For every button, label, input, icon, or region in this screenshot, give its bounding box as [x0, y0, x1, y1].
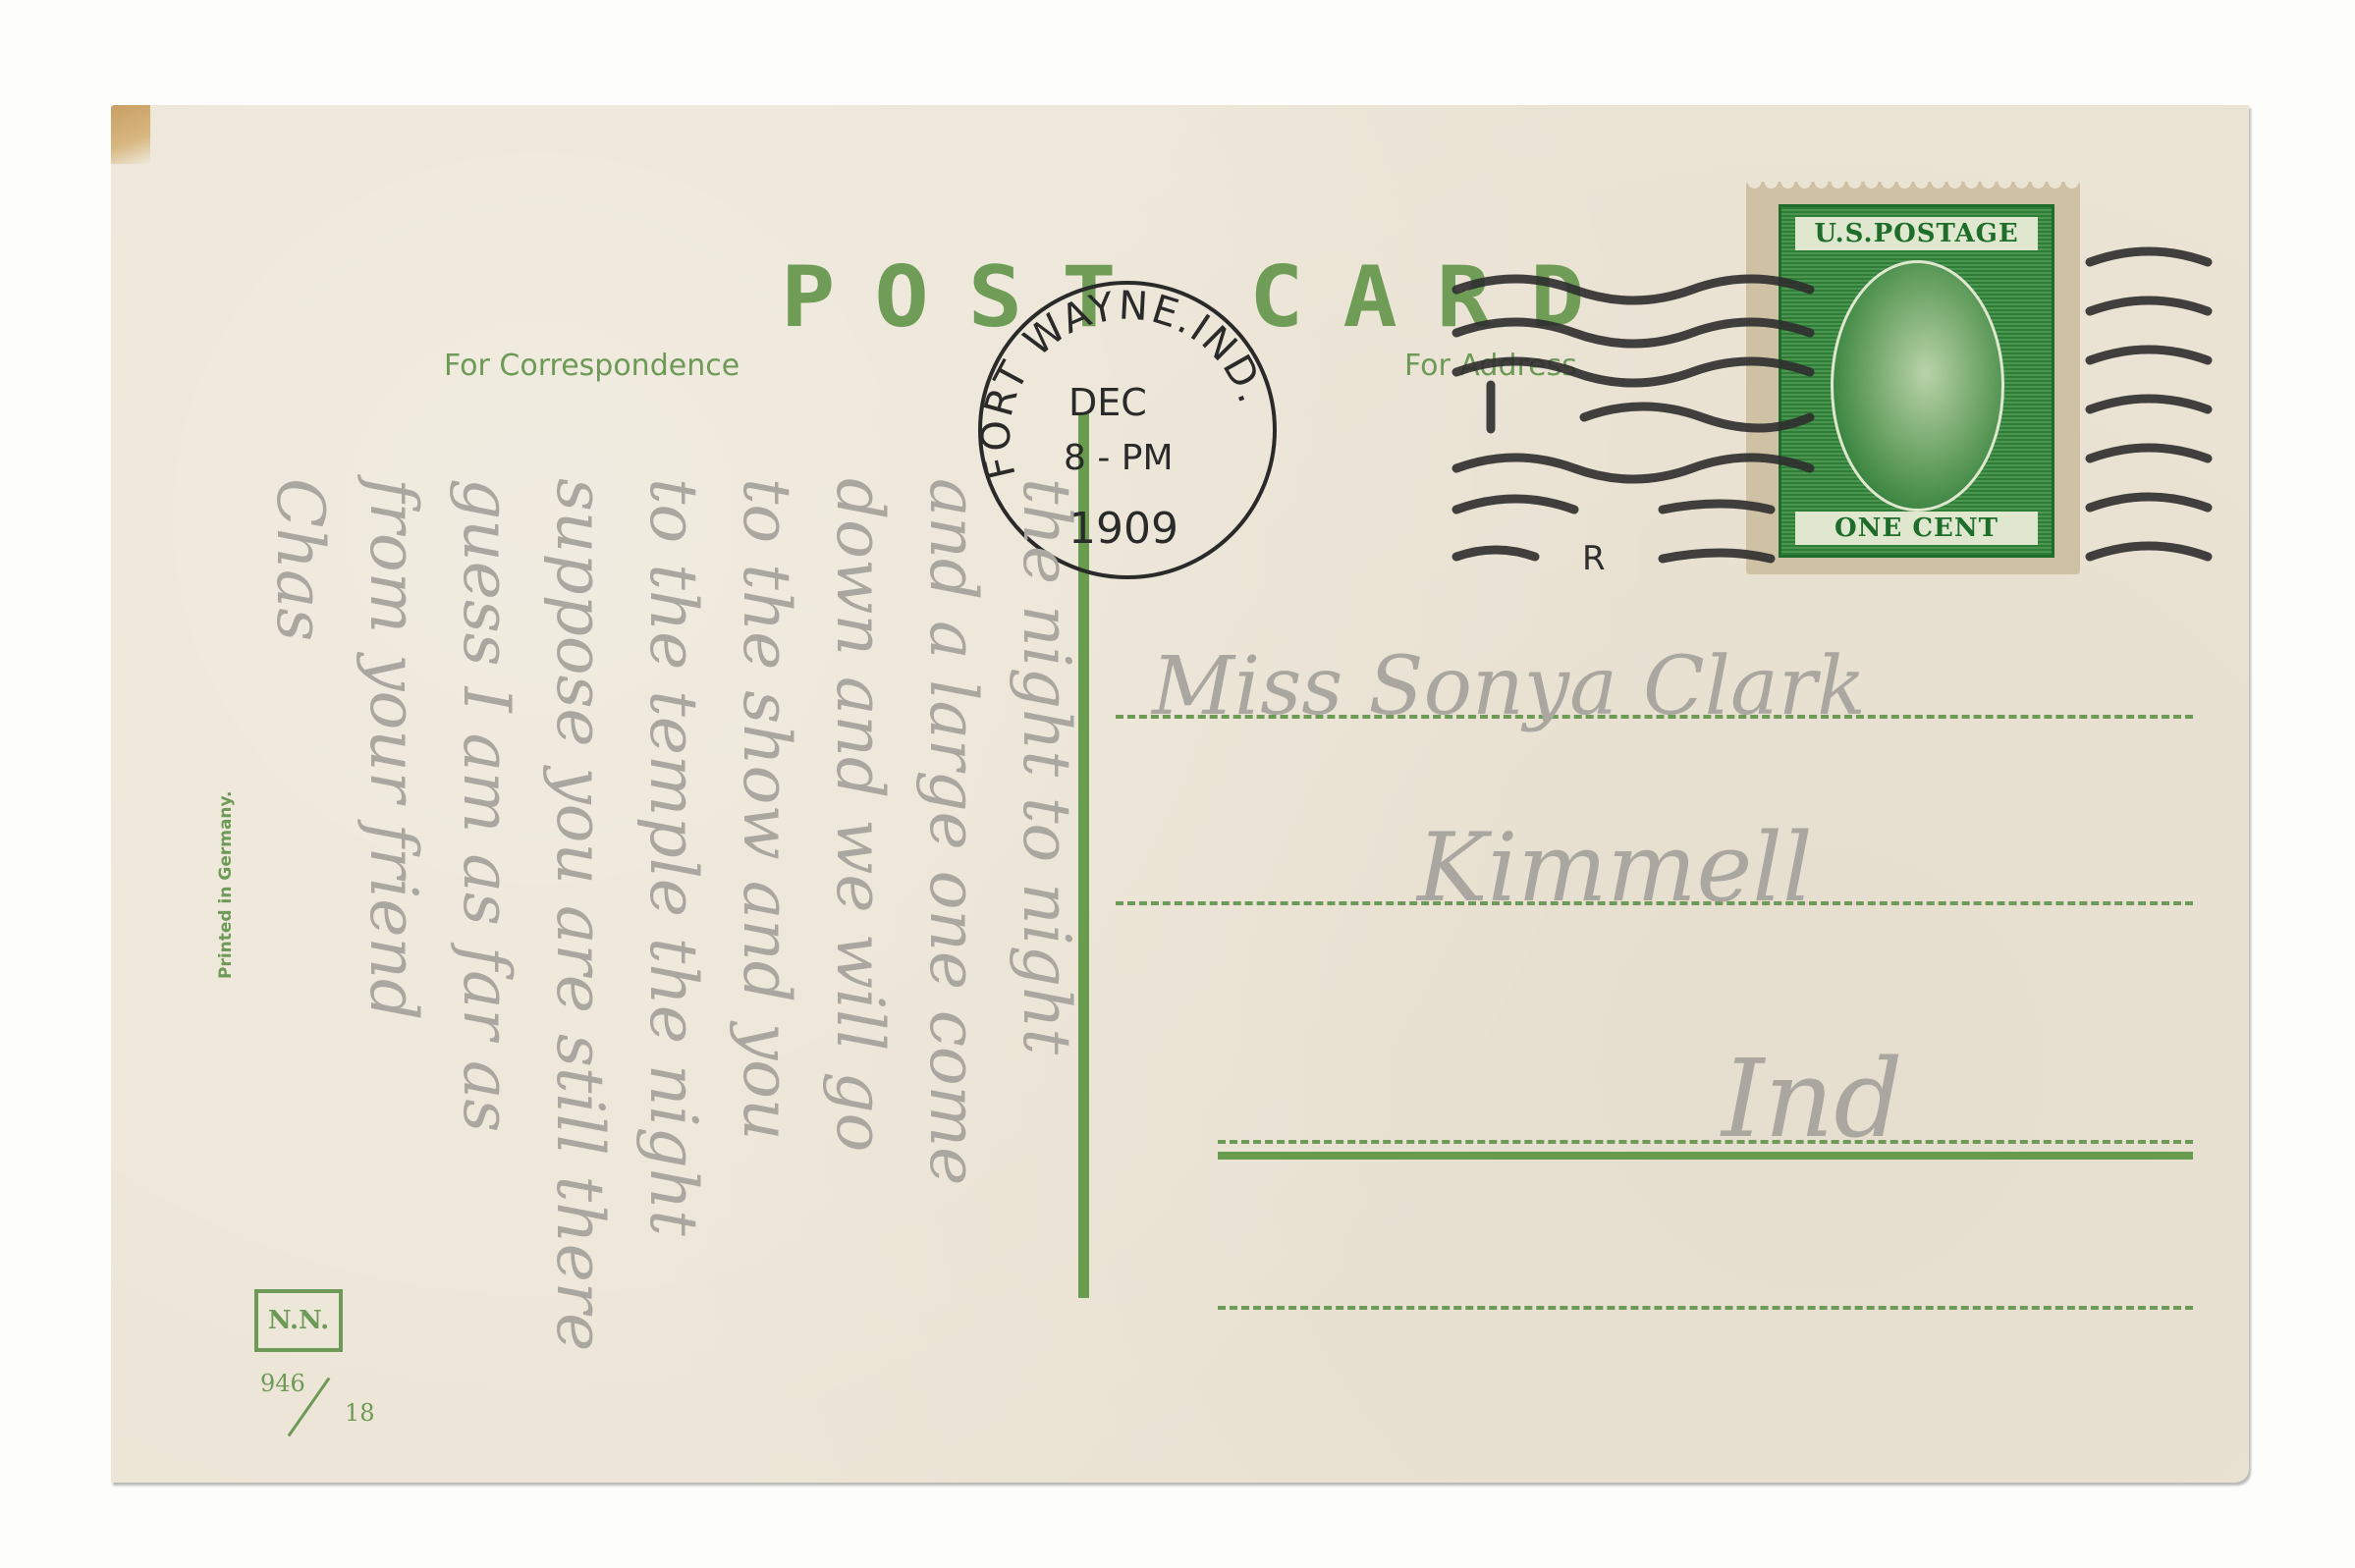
message-line: down and we will go [822, 478, 898, 1152]
address-town: Kimmell [1415, 813, 1813, 923]
address-line-3 [1218, 1140, 2193, 1144]
message-line: from your friend [356, 473, 431, 1020]
message-line: to the show and you [729, 478, 804, 1141]
franklin-portrait-icon [1831, 260, 2004, 512]
address-line-3-solid [1218, 1152, 2193, 1160]
address-recipient: Miss Sonya Clark [1150, 640, 1866, 733]
address-line-1 [1116, 715, 2193, 719]
cancel-letter: R [1582, 539, 1606, 578]
stamp-top-text: U.S.POSTAGE [1795, 217, 2038, 250]
postmark-time: 8 - PM [1064, 438, 1174, 478]
postcard-back: POST CARD For Correspondence For Address… [111, 105, 2249, 1483]
publisher-mark: N.N. [254, 1289, 343, 1352]
message-line: and a large one come [915, 478, 991, 1185]
postmark-year: 1909 [1068, 504, 1178, 554]
message-line: guess I am as far as [449, 478, 524, 1132]
postmark-month: DEC [1068, 381, 1147, 424]
address-label: For Address [1404, 349, 1577, 383]
series-sub-number: 18 [345, 1399, 375, 1427]
postmark-stamp: FORT WAYNE.IND. DEC 8 - PM 1909 [975, 278, 1280, 582]
address-line-2 [1116, 901, 2193, 905]
message-line: suppose you are still there [542, 478, 618, 1351]
postage-stamp: U.S.POSTAGE ONE CENT [1779, 204, 2054, 558]
message-line: Chas [262, 478, 338, 641]
correspondence-label: For Correspondence [444, 349, 739, 383]
address-line-4 [1218, 1306, 2193, 1310]
publisher-mark-text: N.N. [268, 1306, 329, 1335]
series-number: 946 [260, 1370, 305, 1397]
printed-in-note: Printed in Germany. [216, 791, 236, 980]
stamp-bottom-text: ONE CENT [1795, 512, 2038, 545]
message-line: to the temple the night [635, 478, 711, 1236]
corner-wear [111, 105, 150, 164]
